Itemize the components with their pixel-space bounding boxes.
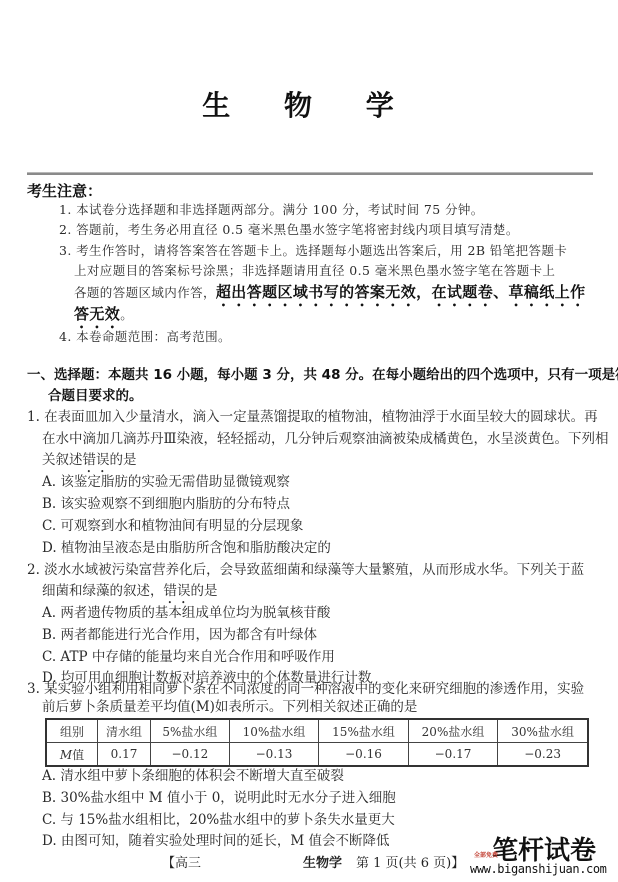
table-cell: −0.23	[498, 743, 588, 767]
section-heading-cont: 合题目要求的。	[48, 386, 143, 406]
q2-stem-line-1: 2. 淡水水域被污染富营养化后，会导致蓝细菌和绿藻等大量繁殖，从而形成水华。下列…	[27, 560, 584, 580]
footer-grade: 【高三	[162, 852, 201, 871]
section-heading: 一、选择题：本题共 16 小题，每小题 3 分，共 48 分。在每小题给出的四个…	[27, 365, 618, 385]
q1-option-c: C. 可观察到水和植物油间有明显的分层现象	[42, 516, 303, 536]
q3-option-c: C. 与 15%盐水组相比，20%盐水组中的萝卜条失水量更大	[42, 810, 395, 830]
footer-page-number: 第 1 页(共 6 页)】	[356, 852, 464, 871]
q1-option-b: B. 该实验观察不到细胞内脂肪的分布特点	[42, 494, 290, 514]
table-cell: −0.16	[319, 743, 409, 767]
notice-emphasis-warning: 超出答题区域书写的答案无效，在试题卷、草稿纸上作	[216, 283, 586, 301]
notice-item-2: 2. 答题前，考生务必用直径 0.5 毫米黑色墨水签字笔将密封线内项目填写清楚。	[59, 220, 519, 240]
table-cell: 0.17	[98, 743, 151, 767]
m-value-table: 组别 清水组 5%盐水组 10%盐水组 15%盐水组 20%盐水组 30%盐水组…	[45, 718, 589, 767]
q1-stem-line-2: 在水中滴加几滴苏丹Ⅲ染液，轻轻摇动，几分钟后观察油滴被染成橘黄色，水呈淡黄色。下…	[42, 429, 609, 449]
table-header-cell: 15%盐水组	[319, 719, 409, 743]
footer-subject: 生物学	[303, 852, 342, 871]
table-cell: −0.17	[408, 743, 498, 767]
notice-heading: 考生注意：	[27, 180, 102, 201]
table-header-cell: 清水组	[98, 719, 151, 743]
q1-emphasis: 错误	[83, 452, 110, 468]
table-row: M值 0.17 −0.12 −0.13 −0.16 −0.17 −0.23	[46, 743, 588, 767]
page-title: 生 物 学	[0, 84, 618, 124]
q3-option-d: D. 由图可知，随着实验处理时间的延长，M 值会不断降低	[42, 831, 390, 851]
q3-option-b: B. 30%盐水组中 M 值小于 0，说明此时无水分子进入细胞	[42, 788, 396, 808]
table-cell: −0.13	[229, 743, 319, 767]
watermark-tag: 全部免费	[474, 850, 498, 859]
q2-option-b: B. 两者都能进行光合作用，因为都含有叶绿体	[42, 625, 317, 645]
q1-option-a: A. 该鉴定脂肪的实验无需借助显微镜观察	[42, 472, 290, 492]
notice-item-3: 3. 考生作答时，请将答案答在答题卡上。选择题每小题选出答案后，用 2B 铅笔把…	[59, 241, 567, 261]
watermark-url: www.biganshijuan.com	[470, 862, 607, 876]
notice-emphasis-warning-end: 答无效	[74, 305, 120, 323]
notice-item-4: 4. 本卷命题范围：高考范围。	[59, 327, 231, 347]
table-header-cell: 组别	[46, 719, 98, 743]
table-header-cell: 5%盐水组	[151, 719, 230, 743]
q3-stem-line-2: 前后萝卜条质量差平均值(M)如表所示。下列相关叙述正确的是	[42, 697, 417, 717]
q1-stem-line-1: 1. 在表面皿加入少量清水，滴入一定量蒸馏提取的植物油，植物油浮于水面呈较大的圆…	[27, 407, 598, 427]
table-row-label: M值	[46, 743, 98, 767]
q2-option-a: A. 两者遗传物质的基本组成单位均为脱氧核苷酸	[42, 603, 330, 623]
notice-item-3-cont-1: 上对应题目的答案标号涂黑；非选择题请用直径 0.5 毫米黑色墨水签字笔在答题卡上	[74, 261, 555, 281]
q3-stem-line-1: 3. 某实验小组利用相同萝卜条在不同浓度的同一种溶液中的变化来研究细胞的渗透作用…	[27, 679, 584, 699]
notice-item-3-prefix: 各题的答题区域内作答，	[74, 285, 216, 300]
header-divider	[27, 172, 593, 175]
q3-option-a: A. 清水组中萝卜条细胞的体积会不断增大直至破裂	[42, 766, 344, 786]
q2-emphasis: 错误	[164, 583, 191, 599]
table-header-cell: 10%盐水组	[229, 719, 319, 743]
notice-item-3-cont-2: 各题的答题区域内作答，超出答题区域书写的答案无效，在试题卷、草稿纸上作	[74, 282, 586, 310]
table-header-cell: 30%盐水组	[498, 719, 588, 743]
table-cell: −0.12	[151, 743, 230, 767]
q2-option-c: C. ATP 中存储的能量均来自光合作用和呼吸作用	[42, 647, 335, 667]
notice-item-1: 1. 本试卷分选择题和非选择题两部分。满分 100 分，考试时间 75 分钟。	[59, 200, 484, 220]
q1-option-d: D. 植物油呈液态是由脂肪所含饱和脂肪酸决定的	[42, 538, 331, 558]
table-header-cell: 20%盐水组	[408, 719, 498, 743]
table-header-row: 组别 清水组 5%盐水组 10%盐水组 15%盐水组 20%盐水组 30%盐水组	[46, 719, 588, 743]
